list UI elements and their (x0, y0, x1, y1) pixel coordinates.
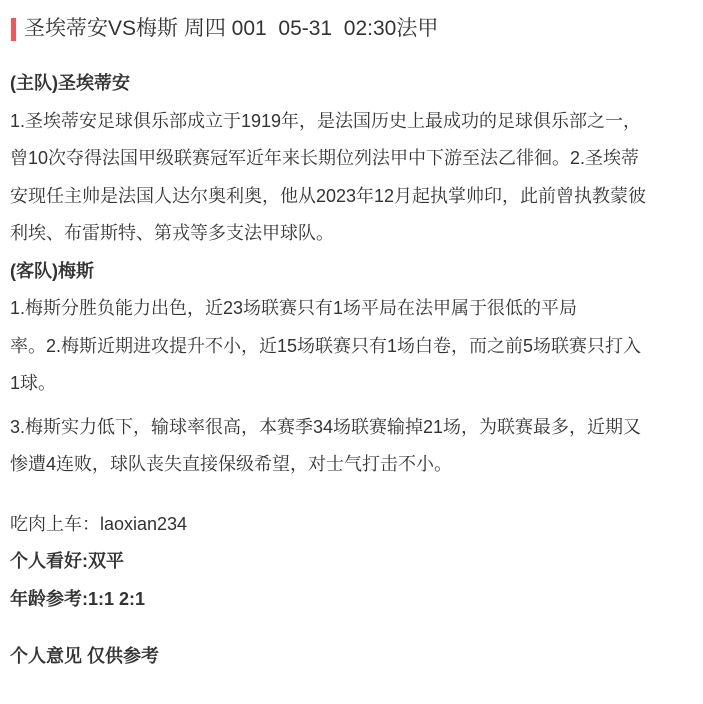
match-analysis-article: 圣埃蒂安VS梅斯 周四 001 05-31 02:30法甲 (主队)圣埃蒂安 1… (0, 0, 703, 676)
disclaimer-line: 个人意见 仅供参考 (10, 638, 693, 676)
title-accent-bar (11, 18, 16, 41)
away-team-heading: (客队)梅斯 (10, 253, 693, 291)
away-team-analysis-2: 3.梅斯实力低下，输球率很高，本赛季34场联赛输掉21场，为联赛最多，近期又 惨… (10, 409, 693, 484)
home-team-heading: (主队)圣埃蒂安 (10, 65, 693, 103)
article-title-row: 圣埃蒂安VS梅斯 周四 001 05-31 02:30法甲 (10, 0, 693, 43)
home-team-analysis: 1.圣埃蒂安足球俱乐部成立于1919年，是法国历史上最成功的足球俱乐部之一， 曾… (10, 103, 693, 253)
prediction-line: 个人看好:双平 (10, 543, 693, 581)
away-team-analysis-1: 1.梅斯分胜负能力出色，近23场联赛只有1场平局在法甲属于很低的平局 率。2.梅… (10, 290, 693, 403)
contact-line: 吃肉上车：laoxian234 (10, 506, 693, 544)
score-reference-line: 年龄参考:1:1 2:1 (10, 581, 693, 619)
article-title: 圣埃蒂安VS梅斯 周四 001 05-31 02:30法甲 (24, 15, 438, 43)
